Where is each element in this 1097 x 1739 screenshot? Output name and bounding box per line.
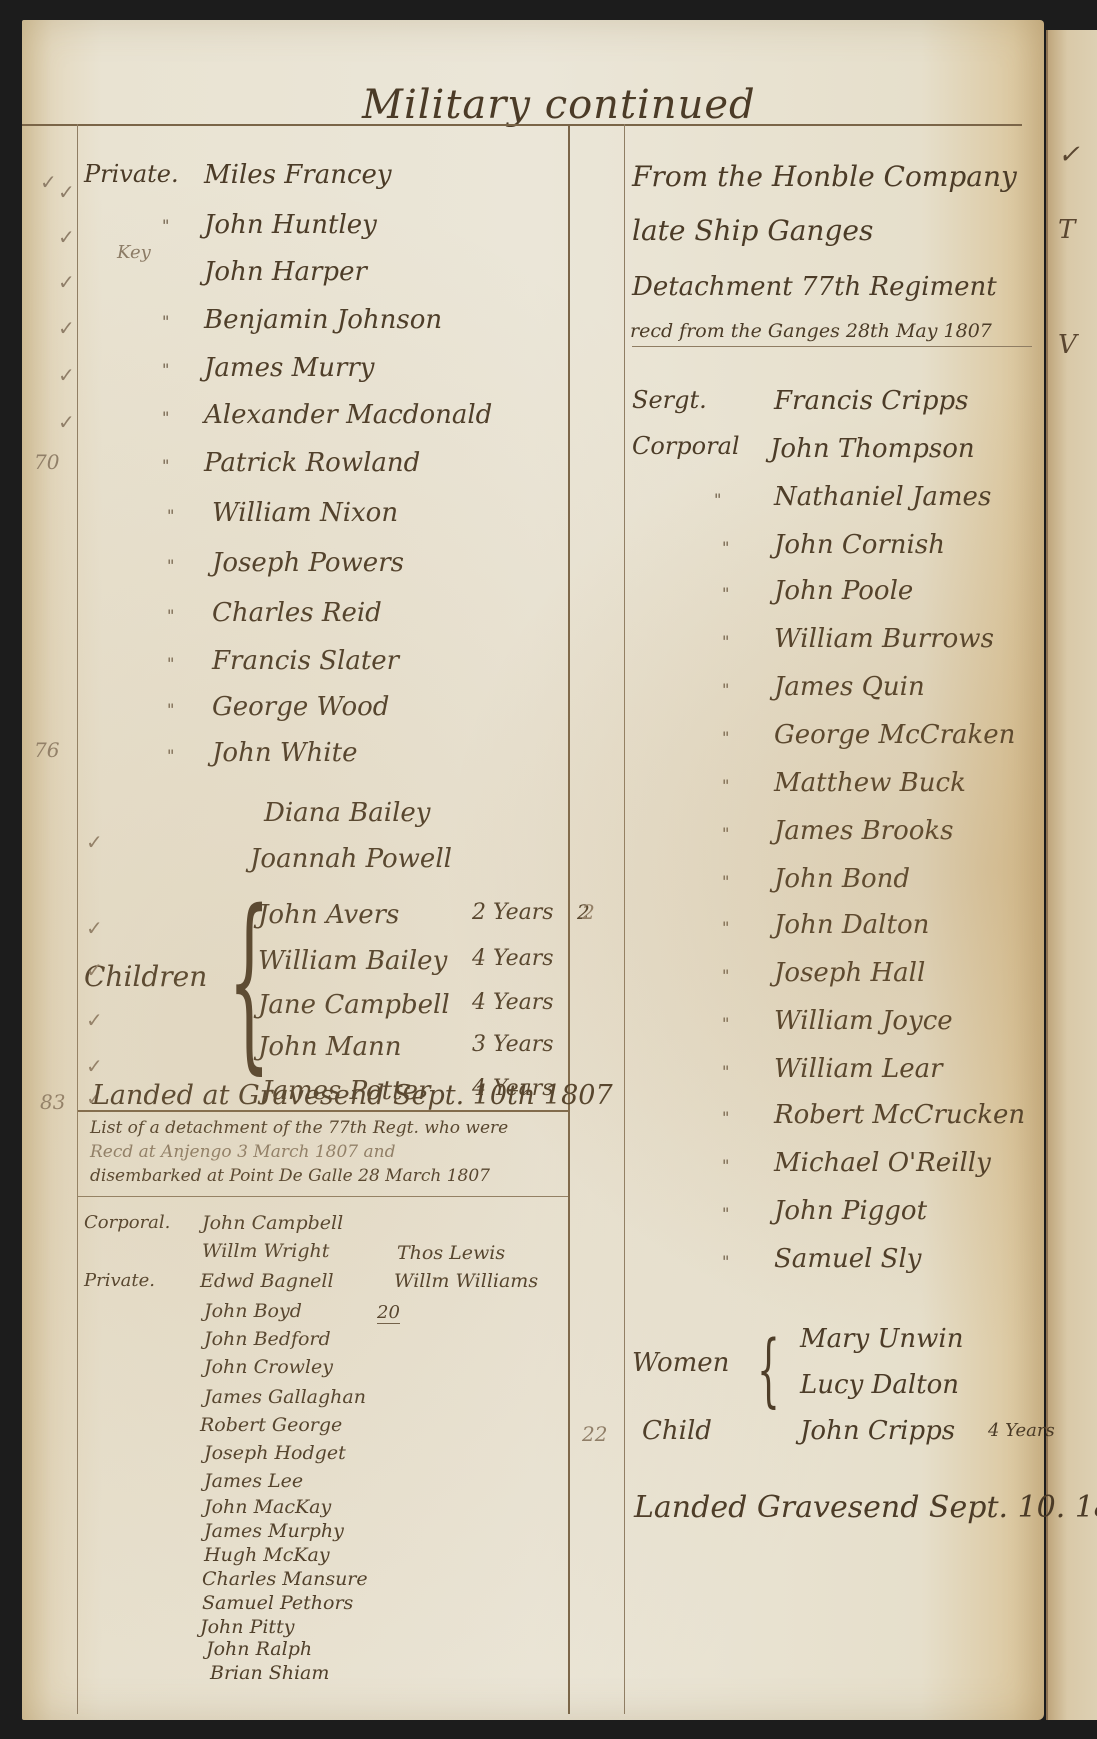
child-name: John Mann [258, 1032, 401, 1062]
check-mark-icon: ✓ [86, 916, 103, 940]
child-name: John Cripps [800, 1416, 955, 1446]
list-item: William Joyce [774, 1006, 953, 1036]
adjacent-page-fragment: V [1058, 330, 1077, 360]
list-item: Charles Reid [212, 598, 382, 628]
list-item: Charles Mansure [202, 1568, 368, 1590]
list-item: John Huntley [204, 210, 377, 240]
landed-note-left: Landed at Gravesend Sept. 10th 1807 [92, 1080, 613, 1111]
child-age: 4 Years [472, 946, 554, 971]
list-item: Benjamin Johnson [204, 305, 442, 335]
list-item: Miles Francey [204, 160, 392, 190]
list-item: John MacKay [204, 1496, 331, 1518]
rank-label-corporal: Corporal. [84, 1212, 170, 1233]
child-age: 4 Years [472, 990, 554, 1015]
list-item: Samuel Pethors [202, 1592, 353, 1614]
list-item: John Bond [774, 864, 910, 894]
child-age: 4 Years [988, 1420, 1055, 1441]
list-item: John Cornish [774, 530, 945, 560]
ditto-mark: " [167, 746, 174, 765]
ditto-mark: " [722, 918, 729, 937]
ditto-mark: " [722, 680, 729, 699]
margin-count: 76 [34, 738, 59, 762]
list-item: John Harper [204, 257, 367, 287]
margin-count: 83 [40, 1090, 65, 1114]
list-item: Francis Slater [212, 646, 399, 676]
ditto-mark: " [162, 216, 169, 235]
list-item: William Lear [774, 1054, 943, 1084]
check-mark-icon: ✓ [40, 170, 57, 194]
list-item: John Boyd [204, 1300, 302, 1322]
list-item: Patrick Rowland [204, 448, 420, 478]
list-item: John Bedford [204, 1328, 331, 1350]
list-item: Thos Lewis [397, 1242, 505, 1264]
list-item: Robert McCrucken [774, 1100, 1025, 1130]
check-mark-icon: ✓ [58, 410, 75, 434]
list-item: William Burrows [774, 624, 994, 654]
list-item: Hugh McKay [204, 1544, 330, 1566]
list-item: Brian Shiam [210, 1662, 329, 1684]
check-mark-icon: ✓ [86, 1054, 103, 1078]
ditto-mark: " [722, 824, 729, 843]
brace-icon: { [757, 1330, 780, 1410]
list-item: Willm Wright [202, 1240, 329, 1262]
check-mark-icon: ✓ [58, 316, 75, 340]
women-label: Women [632, 1348, 729, 1378]
ditto-mark: " [722, 776, 729, 795]
list-item: Joannah Powell [250, 844, 452, 874]
list-item: John Ralph [206, 1638, 312, 1660]
check-mark-icon: ✓ [58, 270, 75, 294]
adjacent-page-tick: ✓ [1058, 140, 1080, 170]
check-mark-icon: ✓ [58, 225, 75, 249]
ditto-mark: " [167, 506, 174, 525]
child-age: 2 Years [472, 900, 554, 925]
list-item: George McCraken [774, 720, 1015, 750]
child-label: Child [642, 1416, 712, 1446]
ditto-mark: " [167, 606, 174, 625]
ditto-mark: " [722, 1252, 729, 1271]
heading-underline [632, 346, 1032, 347]
ditto-mark: " [162, 408, 169, 427]
margin-count: 22 [582, 1422, 607, 1446]
list-item: Lucy Dalton [800, 1370, 959, 1400]
list-item: James Lee [204, 1470, 303, 1492]
ditto-mark: " [722, 584, 729, 603]
list-item: John Pitty [200, 1616, 294, 1638]
adjacent-page-fragment: T [1058, 215, 1075, 245]
ditto-mark: " [722, 1108, 729, 1127]
ditto-mark: " [722, 872, 729, 891]
ditto-mark: " [167, 654, 174, 673]
margin-count: 2 [582, 900, 595, 924]
list-item: Robert George [200, 1414, 342, 1436]
margin-rule-left [77, 124, 78, 1714]
ditto-mark: " [722, 1156, 729, 1175]
list-item: Francis Cripps [774, 386, 968, 416]
ditto-mark: " [162, 312, 169, 331]
header-rule [22, 124, 1022, 126]
ditto-mark: " [722, 728, 729, 747]
rank-label-corporal: Corporal [632, 432, 740, 460]
list-item: Joseph Hall [774, 958, 925, 988]
ganges-heading: From the Honble Company [632, 160, 1017, 193]
list-item: Mary Unwin [800, 1324, 963, 1354]
detachment-heading: Recd at Anjengo 3 March 1807 and [90, 1142, 395, 1162]
child-name: John Avers [258, 900, 399, 930]
child-name: William Bailey [258, 946, 447, 976]
list-item: Joseph Powers [212, 548, 404, 578]
list-item: John Thompson [770, 434, 975, 464]
list-item: George Wood [212, 692, 389, 722]
ditto-mark: " [722, 1062, 729, 1081]
ditto-mark: " [722, 632, 729, 651]
detachment-count: 20 [377, 1302, 400, 1324]
check-mark-icon: ✓ [86, 958, 103, 982]
list-item: Joseph Hodget [204, 1442, 346, 1464]
ditto-mark: " [167, 700, 174, 719]
ditto-mark: " [722, 1204, 729, 1223]
check-mark-icon: ✓ [58, 180, 75, 204]
landed-note-right: Landed Gravesend Sept. 10. 1807 [634, 1490, 1097, 1525]
list-item: Edwd Bagnell [200, 1270, 334, 1292]
ganges-heading: late Ship Ganges [632, 214, 873, 247]
list-item: John White [212, 738, 357, 768]
margin-rule-right [624, 124, 625, 1714]
list-item: William Nixon [212, 498, 398, 528]
section-divider-bottom [78, 1196, 568, 1197]
check-mark-icon: ✓ [86, 830, 103, 854]
rank-label-private: Private. [84, 1270, 155, 1291]
list-item: John Dalton [774, 910, 929, 940]
list-item: James Murry [204, 353, 375, 383]
list-item: Michael O'Reilly [774, 1148, 991, 1178]
list-item: Alexander Macdonald [204, 400, 492, 430]
ditto-mark: " [722, 966, 729, 985]
ganges-heading: Detachment 77th Regiment [632, 272, 997, 302]
list-item: James Murphy [204, 1520, 344, 1542]
page-title: Military continued [362, 82, 756, 128]
child-age: 3 Years [472, 1032, 554, 1057]
list-item: Samuel Sly [774, 1244, 922, 1274]
list-item: Willm Williams [394, 1270, 538, 1292]
ditto-mark: " [167, 556, 174, 575]
list-item: John Poole [774, 576, 913, 606]
detachment-heading: disembarked at Point De Galle 28 March 1… [90, 1166, 490, 1186]
detachment-heading: List of a detachment of the 77th Regt. w… [90, 1118, 508, 1138]
ledger-page: Military continued Private. Key Miles Fr… [22, 20, 1044, 1720]
ditto-mark: " [722, 538, 729, 557]
child-name: Jane Campbell [258, 990, 450, 1020]
list-item: Nathaniel James [774, 482, 991, 512]
ditto-mark: " [714, 490, 721, 509]
ditto-mark: " [722, 1014, 729, 1033]
rank-label-private: Private. [84, 160, 179, 188]
list-item: John Crowley [204, 1356, 333, 1378]
check-mark-icon: ✓ [86, 1008, 103, 1032]
rank-label-sergeant: Sergt. [632, 386, 707, 414]
list-item: Diana Bailey [264, 798, 431, 828]
list-item: John Piggot [774, 1196, 927, 1226]
adjacent-page-edge: ✓ T V [1046, 30, 1097, 1720]
ditto-mark: " [162, 360, 169, 379]
check-mark-icon: ✓ [58, 363, 75, 387]
list-item: James Gallaghan [204, 1386, 366, 1408]
margin-count: 70 [34, 450, 59, 474]
margin-note-key: Key [117, 242, 151, 263]
list-item: James Quin [774, 672, 925, 702]
list-item: John Campbell [202, 1212, 343, 1234]
column-divider [568, 124, 570, 1714]
ditto-mark: " [162, 456, 169, 475]
ganges-heading: recd from the Ganges 28th May 1807 [630, 320, 992, 342]
list-item: Matthew Buck [774, 768, 966, 798]
list-item: James Brooks [774, 816, 954, 846]
